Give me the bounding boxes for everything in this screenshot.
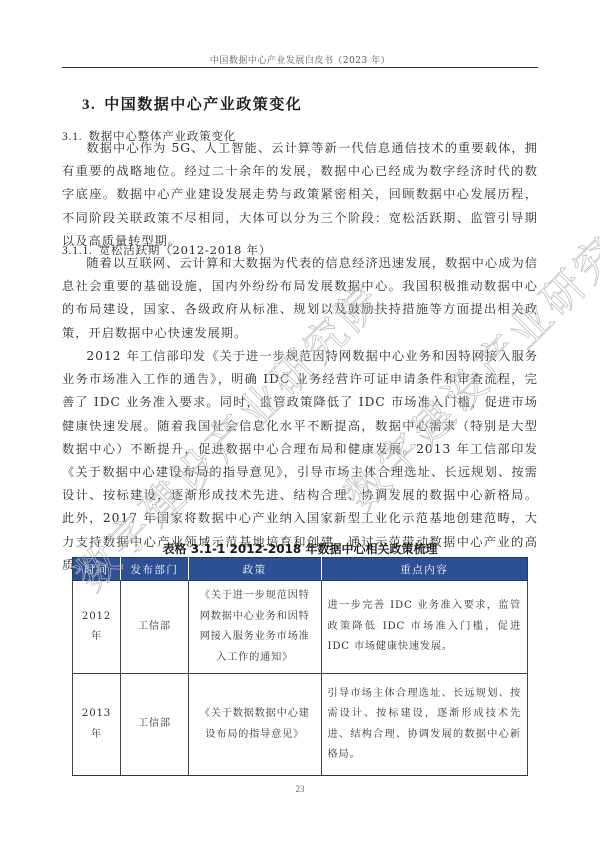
column-header-policy: 政策 [188, 558, 321, 581]
cell-time: 2012 年 [73, 581, 121, 674]
table-row: 2013 年 工信部 《关于数据数据中心建设布局的指导意见》 引导市场主体合理选… [73, 674, 528, 776]
paragraph-1: 数据中心作为 5G、人工智能、云计算等新一代信息通信技术的重要载体，拥有重要的战… [62, 137, 538, 253]
section-number: 3. [82, 97, 96, 113]
cell-policy: 《关于进一步规范因特网数据中心业务和因特网接入服务业务市场准入工作的通知》 [188, 581, 321, 674]
column-header-key-content: 重点内容 [321, 558, 527, 581]
paragraph-2: 随着以互联网、云计算和大数据为代表的信息经济迅速发展，数据中心成为信息社会重要的… [62, 252, 538, 345]
cell-key-content: 引导市场主体合理选址、长远规划、按需设计、按标建设，逐渐形成技术先进、结构合理、… [321, 674, 527, 776]
table-header-row: 时间 发布部门 政策 重点内容 [73, 558, 528, 581]
document-page: 中国数据中心产业发展白皮书（2023 年） 3.中国数据中心产业政策变化 3.1… [0, 0, 600, 848]
cell-time: 2013 年 [73, 674, 121, 776]
cell-department: 工信部 [120, 581, 188, 674]
column-header-department: 发布部门 [120, 558, 188, 581]
header-rule [62, 67, 538, 68]
cell-key-content: 进一步完善 IDC 业务准入要求，监管政策降低 IDC 市场准入门槛，促进 ID… [321, 581, 527, 674]
table-caption: 表格 3.1-1 2012-2018 年数据中心相关政策梳理 [62, 540, 538, 557]
policy-table: 时间 发布部门 政策 重点内容 2012 年 工信部 《关于进一步规范因特网数据… [72, 557, 528, 776]
table-row: 2012 年 工信部 《关于进一步规范因特网数据中心业务和因特网接入服务业务市场… [73, 581, 528, 674]
section-title: 中国数据中心产业政策变化 [104, 95, 302, 113]
column-header-time: 时间 [73, 558, 121, 581]
cell-department: 工信部 [120, 674, 188, 776]
cell-policy: 《关于数据数据中心建设布局的指导意见》 [188, 674, 321, 776]
section-heading: 3.中国数据中心产业政策变化 [82, 93, 302, 114]
page-number: 23 [0, 784, 600, 794]
running-header: 中国数据中心产业发展白皮书（2023 年） [62, 53, 538, 66]
